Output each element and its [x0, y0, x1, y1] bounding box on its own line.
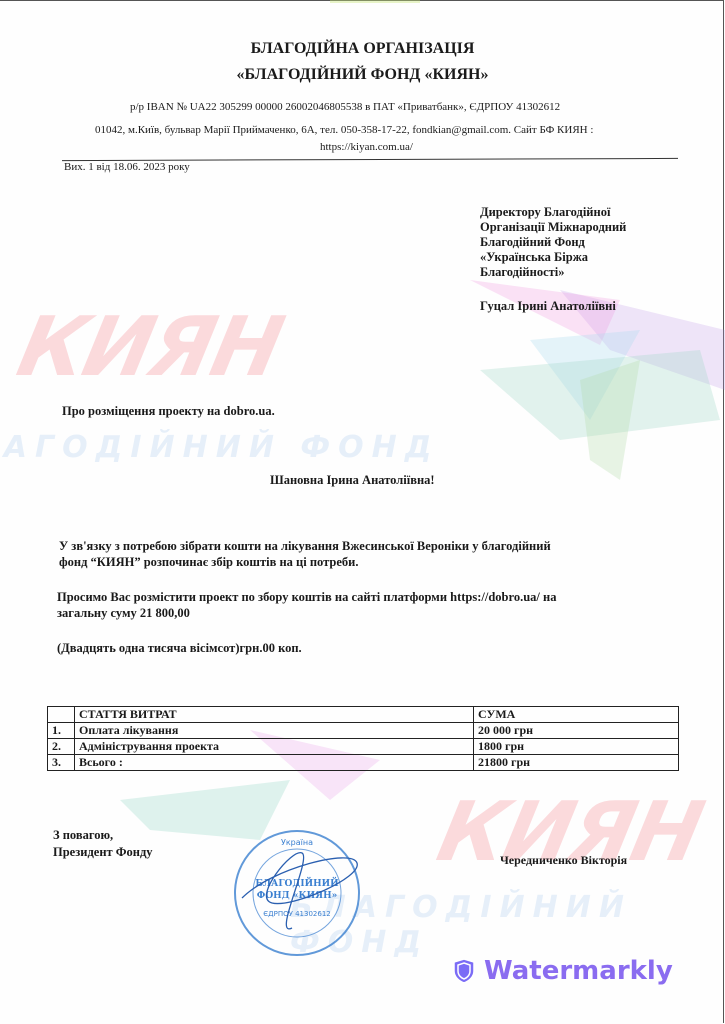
row-item: Адміністрування проекта: [75, 739, 474, 755]
header-cell-item: СТАТТЯ ВИТРАТ: [75, 707, 474, 723]
table-row: 1. Оплата лікування 20 000 грн: [48, 723, 679, 739]
table-row: 3. Всього : 21800 грн: [48, 755, 679, 771]
stamp-code: ЄДРПОУ 41302612: [263, 910, 330, 918]
bank-details: р/р IBAN № UA22 305299 00000 26002046805…: [130, 101, 560, 113]
header-cell-num: [48, 707, 75, 723]
recipient-line: Організації Міжнародний: [480, 220, 626, 235]
website-link[interactable]: https://kiyan.com.ua/: [320, 141, 413, 153]
paragraph-2-line2: загальну суму 21 800,00: [57, 606, 190, 621]
watermarkly-text: Watermarkly: [484, 956, 673, 986]
costs-table: СТАТТЯ ВИТРАТ СУМА 1. Оплата лікування 2…: [47, 706, 679, 771]
paragraph-1-line2: фонд “КИЯН” розпочинає збір коштів на ці…: [59, 555, 358, 570]
shield-icon: [452, 957, 476, 985]
paragraph-2-line1: Просимо Вас розмістити проект по збору к…: [57, 590, 556, 605]
row-num: 3.: [48, 755, 75, 771]
greeting: Шановна Ірина Анатоліївна!: [270, 473, 435, 488]
page-border: [0, 0, 724, 1023]
address-line: 01042, м.Київ, бульвар Марії Приймаченко…: [95, 124, 593, 136]
paragraph-1-line1: У зв'язку з потребою зібрати кошти на лі…: [59, 539, 551, 554]
closing-regards: З повагою,: [53, 828, 113, 843]
signer-name: Чередниченко Вікторія: [500, 853, 627, 868]
closing-title: Президент Фонду: [53, 845, 153, 860]
stamp-middle2: ФОНД «КИЯН»: [257, 891, 337, 901]
recipient-line: Директору Благодійної: [480, 205, 626, 220]
row-item: Оплата лікування: [75, 723, 474, 739]
amount-in-words: (Двадцять одна тисяча вісімсот)грн.00 ко…: [57, 641, 302, 656]
row-sum: 20 000 грн: [474, 723, 679, 739]
recipient-line: Благодійності»: [480, 265, 626, 280]
header-cell-sum: СУМА: [474, 707, 679, 723]
table-header-row: СТАТТЯ ВИТРАТ СУМА: [48, 707, 679, 723]
recipient-line: Благодійний Фонд: [480, 235, 626, 250]
org-title-line1: БЛАГОДІЙНА ОРГАНІЗАЦІЯ: [0, 40, 725, 58]
row-sum: 21800 грн: [474, 755, 679, 771]
table-row: 2. Адміністрування проекта 1800 грн: [48, 739, 679, 755]
org-title-line2: «БЛАГОДІЙНИЙ ФОНД «КИЯН»: [0, 66, 725, 84]
row-sum: 1800 грн: [474, 739, 679, 755]
outgoing-number: Вих. 1 від 18.06. 2023 року: [64, 161, 190, 173]
recipient-name: Гуцал Ірині Анатоліївні: [480, 299, 626, 314]
row-item: Всього :: [75, 755, 474, 771]
row-num: 1.: [48, 723, 75, 739]
recipient-line: «Українська Біржа: [480, 250, 626, 265]
row-num: 2.: [48, 739, 75, 755]
subject-line: Про розміщення проекту на dobro.ua.: [62, 404, 275, 419]
official-stamp: Україна БЛАГОДІЙНИЙ ФОНД «КИЯН» ЄДРПОУ 4…: [232, 828, 362, 958]
stamp-top-text: Україна: [281, 838, 313, 847]
watermarkly-badge: Watermarkly: [452, 956, 673, 986]
recipient-block: Директору Благодійної Організації Міжнар…: [480, 205, 626, 314]
